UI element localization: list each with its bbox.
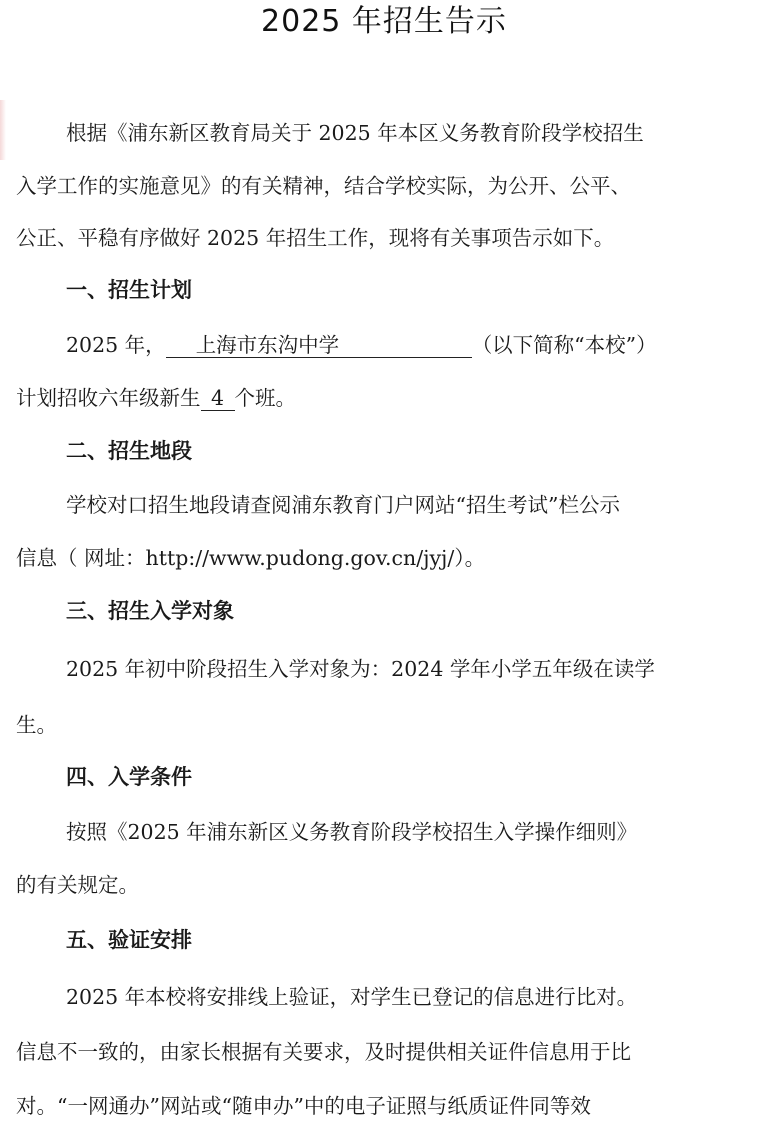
section-5-line-2: 信息不一致的，由家长根据有关要求，及时提供相关证件信息用于比 [16, 1038, 631, 1066]
edge-stain [0, 100, 6, 160]
document-page: 2025 年招生告示 根据《浦东新区教育局关于 2025 年本区义务教育阶段学校… [0, 0, 768, 1126]
abbrev-note: （以下简称“本校”） [472, 333, 657, 357]
intro-line-1: 根据《浦东新区教育局关于 2025 年本区义务教育阶段学校招生 [66, 119, 644, 147]
intro-line-2: 入学工作的实施意见》的有关精神，结合学校实际，为公开、公平、 [16, 172, 631, 200]
intro-line-3: 公正、平稳有序做好 2025 年招生工作，现将有关事项告示如下。 [16, 224, 614, 252]
section-3-heading: 三、招生入学对象 [66, 597, 234, 625]
section-2-line-2: 信息（ 网址：http://www.pudong.gov.cn/jyj/）。 [16, 544, 485, 572]
school-name-field: 上海市东沟中学 [166, 333, 472, 358]
section-4-heading: 四、入学条件 [66, 763, 192, 791]
section-3-line-1: 2025 年初中阶段招生入学对象为：2024 学年小学五年级在读学 [66, 655, 655, 683]
classes-prefix: 计划招收六年级新生 [16, 386, 201, 410]
plan-line-2: 计划招收六年级新生4个班。 [16, 384, 296, 412]
section-4-line-1: 按照《2025 年浦东新区义务教育阶段学校招生入学操作细则》 [66, 818, 637, 846]
classes-suffix: 个班。 [235, 386, 297, 410]
plan-year: 2025 年， [66, 333, 166, 357]
section-5-heading: 五、验证安排 [66, 926, 192, 954]
section-1-heading: 一、招生计划 [66, 276, 192, 304]
document-title: 2025 年招生告示 [0, 2, 768, 42]
section-5-line-3: 对。“一网通办”网站或“随申办”中的电子证照与纸质证件同等效 [16, 1092, 591, 1120]
section-5-line-1: 2025 年本校将安排线上验证，对学生已登记的信息进行比对。 [66, 983, 637, 1011]
section-3-line-2: 生。 [16, 711, 57, 739]
section-2-line-1: 学校对口招生地段请查阅浦东教育门户网站“招生考试”栏公示 [66, 491, 620, 519]
plan-line-1: 2025 年，上海市东沟中学（以下简称“本校”） [66, 331, 657, 359]
classes-count-field: 4 [201, 386, 235, 411]
section-2-heading: 二、招生地段 [66, 437, 192, 465]
section-4-line-2: 的有关规定。 [16, 871, 139, 899]
